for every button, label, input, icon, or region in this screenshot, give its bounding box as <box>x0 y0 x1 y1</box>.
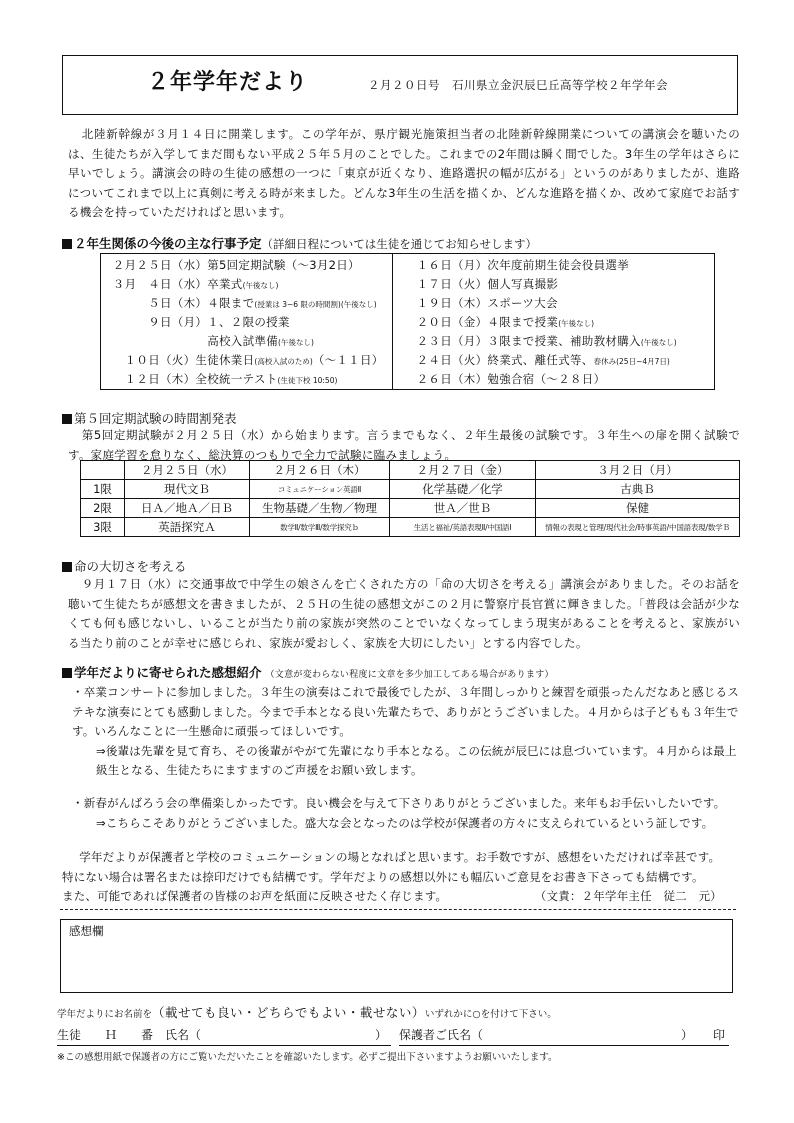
square-bullet-icon <box>62 414 72 424</box>
closing-line: 特にない場合は署名または捺印だけでも結構です。学年だよりの感想以外にも幅広いご意… <box>62 868 742 888</box>
schedule-item: １６日（月）次年度前期生徒会役員選挙 <box>393 256 714 275</box>
name-permission-prefix: 学年だよりにお名前を <box>57 1009 152 1020</box>
schedule-item-text: ４限まで <box>207 296 254 310</box>
exam-subject: 英語探究Ａ <box>125 518 250 537</box>
intro-paragraph: 北陸新幹線が３月１４日に開業します。この学年が、県庁観光施策担当者の北陸新幹線開… <box>68 125 740 223</box>
schedule-item: ２４日（火）終業式、離任式等、春休み(25日~4月7日) <box>393 351 714 370</box>
feedback-reply: ⇒後輩は先輩を見て育ち、その後輩がやがて先輩になり手本となる。この伝統が辰巳には… <box>72 742 740 781</box>
seal-mark: 印 <box>713 1025 725 1045</box>
schedule-item: １０日（火）生徒休業日(高校入試のため)（～１１日） <box>101 351 392 370</box>
exam-row: 2限日Ａ／地Ａ／日Ｂ生物基礎／生物／物理世Ａ／世Ｂ保健 <box>81 499 740 518</box>
schedule-heading-note: （詳細日程については生徒を通じてお知らせします） <box>262 237 537 251</box>
schedule-column-march-early: ２月２５日（水）第5回定期試験（～3月2日） ３月 ４日（水）卒業式(午後なし)… <box>101 254 393 389</box>
parent-name-close: ） <box>681 1025 693 1045</box>
signature: （文責：２年学年主任 従二 元） <box>535 887 722 907</box>
schedule-item: ２月２５日（水）第5回定期試験（～3月2日） <box>101 256 392 275</box>
life-heading-text: 命の大切さを考える <box>74 559 187 574</box>
schedule-item-text: 次年度前期生徒会役員選挙 <box>487 258 629 272</box>
schedule-item-prefix <box>101 334 207 348</box>
signature-row: 生徒 Ｈ 番 氏名（ ） 保護者ご氏名（ ） 印 <box>57 1025 729 1047</box>
schedule-item: ２３日（月）３限まで授業、補助教材購入(午後なし) <box>393 332 714 351</box>
exam-subject: 日Ａ／地Ａ／日Ｂ <box>125 499 250 518</box>
schedule-item: ２６日（木）勉強合宿（～２８日） <box>393 370 714 389</box>
feedback-comment: ・卒業コンサートに参加しました。３年生の演奏はこれで最後でしたが、３年間しっかり… <box>72 683 740 742</box>
exam-col-header <box>81 461 125 480</box>
feedback-reply: ⇒こちらこそありがとうございました。盛大な会となったのは学校が保護者の方々に支え… <box>72 814 740 834</box>
exam-col-header: ２月２７日（金） <box>390 461 536 480</box>
schedule-item-prefix: ５日（木） <box>101 296 207 310</box>
schedule-item-text: 全校統一テスト <box>195 372 277 386</box>
schedule-item-text: 勉強合宿（～２８日） <box>487 372 605 386</box>
schedule-item-text: 生徒休業日 <box>195 353 254 367</box>
exam-col-header: ２月２５日（水） <box>125 461 250 480</box>
exam-subject: 世Ａ／世Ｂ <box>390 499 536 518</box>
exam-header-row: ２月２５日（水） ２月２６日（木） ２月２７日（金） ３月２日（月） <box>81 461 740 480</box>
feedback-heading: 学年だよりに寄せられた感想紹介 （文意が変わらない程度に文章を多少加工してある場… <box>62 664 554 684</box>
schedule-item-prefix: １６日（月） <box>393 258 487 272</box>
life-heading: 命の大切さを考える <box>62 558 187 576</box>
exam-period: 1限 <box>81 480 125 499</box>
square-bullet-icon <box>62 668 72 678</box>
life-text: ９月１７日（水）に交通事故で中学生の娘さんを亡くされた方の「命の大切さを考える」… <box>68 575 740 653</box>
life-paragraph: ９月１７日（水）に交通事故で中学生の娘さんを亡くされた方の「命の大切さを考える」… <box>68 575 740 653</box>
feedback-item-2: ・新春がんばろう会の準備楽しかったです。良い機会を与えて下さりありがとうございま… <box>72 794 740 833</box>
exam-subject: 数学Ⅱ/数学Ⅲ/数学探究ｂ <box>250 518 390 537</box>
schedule-item-prefix: ２４日（火） <box>393 353 487 367</box>
feedback-box[interactable]: 感想欄 <box>60 919 733 993</box>
exam-period: 3限 <box>81 518 125 537</box>
feedback-comment: ・新春がんばろう会の準備楽しかったです。良い機会を与えて下さりありがとうございま… <box>72 794 740 814</box>
schedule-heading-text: ２年生関係の今後の主な行事予定 <box>74 236 262 251</box>
exam-subject: 生物基礎／生物／物理 <box>250 499 390 518</box>
schedule-item-prefix: ９日（月） <box>101 315 207 329</box>
exam-subject: 化学基礎／化学 <box>390 480 536 499</box>
name-permission-options[interactable]: （載せても良い・どちらでもよい・載せない） <box>152 1005 425 1020</box>
schedule-item-text: 終業式、離任式等、 <box>487 353 593 367</box>
schedule-item-text: ４限まで授業 <box>487 315 558 329</box>
parent-name-label: 保護者ご氏名（ <box>399 1025 483 1045</box>
schedule-item-suffix: （～１１日） <box>313 353 384 367</box>
exam-row: 1限現代文Ｂコミュニケーション英語Ⅱ化学基礎／化学古典Ｂ <box>81 480 740 499</box>
exam-subject: 生活と福祉/英語表現Ⅱ/中国語Ⅰ <box>390 518 536 537</box>
schedule-item-prefix: ２６日（木） <box>393 372 487 386</box>
schedule-item-text: ３限まで授業、補助教材購入 <box>487 334 640 348</box>
schedule-item: ２０日（金）４限まで授業(午後なし) <box>393 313 714 332</box>
schedule-heading: ２年生関係の今後の主な行事予定（詳細日程については生徒を通じてお知らせします） <box>62 235 537 253</box>
exam-subject: 現代文Ｂ <box>125 480 250 499</box>
footnote: ※この感想用紙で保護者の方にご覧いただいたことを確認いたします。必ずご提出下さい… <box>57 1050 557 1066</box>
name-permission-line: 学年だよりにお名前を（載せても良い・どちらでもよい・載せない）いずれかに○を付け… <box>57 1003 557 1025</box>
schedule-box: ２月２５日（水）第5回定期試験（～3月2日） ３月 ４日（水）卒業式(午後なし)… <box>100 253 715 390</box>
schedule-item-prefix: １２日（木） <box>101 372 195 386</box>
schedule-item-text: 卒業式 <box>207 277 242 291</box>
schedule-item-note: 春休み(25日~4月7日) <box>594 357 670 366</box>
feedback-heading-text: 学年だよりに寄せられた感想紹介 <box>74 665 262 680</box>
schedule-column-march-late: １６日（月）次年度前期生徒会役員選挙 １７日（火）個人写真撮影 １９日（木）スポ… <box>393 254 714 389</box>
schedule-item: １９日（木）スポーツ大会 <box>393 294 714 313</box>
exam-subject: 保健 <box>536 499 740 518</box>
schedule-item: 高校入試準備(午後なし) <box>101 332 392 351</box>
schedule-item-note: (授業は 3~6 限の時間割)(午後なし) <box>254 300 376 309</box>
schedule-item-text: スポーツ大会 <box>487 296 557 310</box>
square-bullet-icon <box>62 562 72 572</box>
exam-subject: 古典Ｂ <box>536 480 740 499</box>
schedule-item: ９日（月）１、２限の授業 <box>101 313 392 332</box>
feedback-item-1: ・卒業コンサートに参加しました。３年生の演奏はこれで最後でしたが、３年間しっかり… <box>72 683 740 781</box>
schedule-item-prefix: １０日（火） <box>101 353 195 367</box>
exam-col-header: ３月２日（月） <box>536 461 740 480</box>
schedule-item-note: (午後なし) <box>558 319 594 328</box>
exam-col-header: ２月２６日（木） <box>250 461 390 480</box>
closing-line: また、可能であれば保護者の皆様のお声を紙面に反映させたく存じます。 <box>62 889 447 903</box>
cut-line <box>60 909 736 910</box>
closing-paragraph: 学年だよりが保護者と学校のコミュニケーションの場となればと思います。お手数ですが… <box>62 848 742 907</box>
schedule-item-prefix: ２０日（金） <box>393 315 487 329</box>
issue-info: ２月２０日号 石川県立金沢辰巳丘高等学校２年学年会 <box>368 76 668 94</box>
schedule-item-prefix: ２月２５日（水） <box>101 258 207 272</box>
schedule-item: １７日（火）個人写真撮影 <box>393 275 714 294</box>
schedule-item-note: (生徒下校 10:50) <box>278 376 338 385</box>
schedule-item-note: (高校入試のため) <box>254 357 312 366</box>
name-permission-suffix: いずれかに○を付けて下さい。 <box>425 1009 557 1020</box>
student-name-close: ） <box>375 1025 387 1045</box>
schedule-item-prefix: ２３日（月） <box>393 334 487 348</box>
header-box: ２年学年だより ２月２０日号 石川県立金沢辰巳丘高等学校２年学年会 <box>62 55 738 115</box>
exam-subject: 情報の表現と管理/現代社会/時事英語/中国語表現/数学Ｂ <box>536 518 740 537</box>
square-bullet-icon <box>62 239 72 249</box>
schedule-item-text: １、２限の授業 <box>207 315 290 329</box>
schedule-item-prefix: １７日（火） <box>393 277 487 291</box>
student-name-field[interactable]: 生徒 Ｈ 番 氏名（ ） <box>57 1025 391 1046</box>
schedule-item-note: (午後なし) <box>243 281 279 290</box>
schedule-item-note: (午後なし) <box>641 338 677 347</box>
exam-subject: コミュニケーション英語Ⅱ <box>250 480 390 499</box>
closing-line: 学年だよりが保護者と学校のコミュニケーションの場となればと思います。お手数ですが… <box>62 848 742 868</box>
schedule-item-note: (午後なし) <box>278 338 314 347</box>
feedback-heading-note: （文意が変わらない程度に文章を多少加工してある場合があります） <box>266 670 554 680</box>
newsletter-title: ２年学年だより <box>147 68 308 98</box>
schedule-item-text: 個人写真撮影 <box>487 277 558 291</box>
intro-text: 北陸新幹線が３月１４日に開業します。この学年が、県庁観光施策担当者の北陸新幹線開… <box>68 125 740 223</box>
feedback-box-label: 感想欄 <box>69 922 104 941</box>
exam-timetable: ２月２５日（水） ２月２６日（木） ２月２７日（金） ３月２日（月） 1限現代文… <box>80 460 740 537</box>
schedule-item-text: 高校入試準備 <box>207 334 278 348</box>
schedule-item: １２日（木）全校統一テスト(生徒下校 10:50) <box>101 370 392 389</box>
schedule-item-prefix: １９日（木） <box>393 296 487 310</box>
parent-name-field[interactable]: 保護者ご氏名（ ） 印 <box>399 1025 729 1046</box>
schedule-item: ３月 ４日（水）卒業式(午後なし) <box>101 275 392 294</box>
exam-heading-text: 第５回定期試験の時間割発表 <box>74 411 237 426</box>
student-name-label: 生徒 Ｈ 番 氏名（ <box>57 1025 201 1045</box>
schedule-item: ５日（木）４限まで(授業は 3~6 限の時間割)(午後なし) <box>101 294 392 313</box>
exam-row: 3限英語探究Ａ数学Ⅱ/数学Ⅲ/数学探究ｂ生活と福祉/英語表現Ⅱ/中国語Ⅰ情報の表… <box>81 518 740 537</box>
schedule-item-text: 第5回定期試験（～3月2日） <box>207 258 360 272</box>
exam-period: 2限 <box>81 499 125 518</box>
schedule-item-prefix: ３月 ４日（水） <box>101 277 207 291</box>
